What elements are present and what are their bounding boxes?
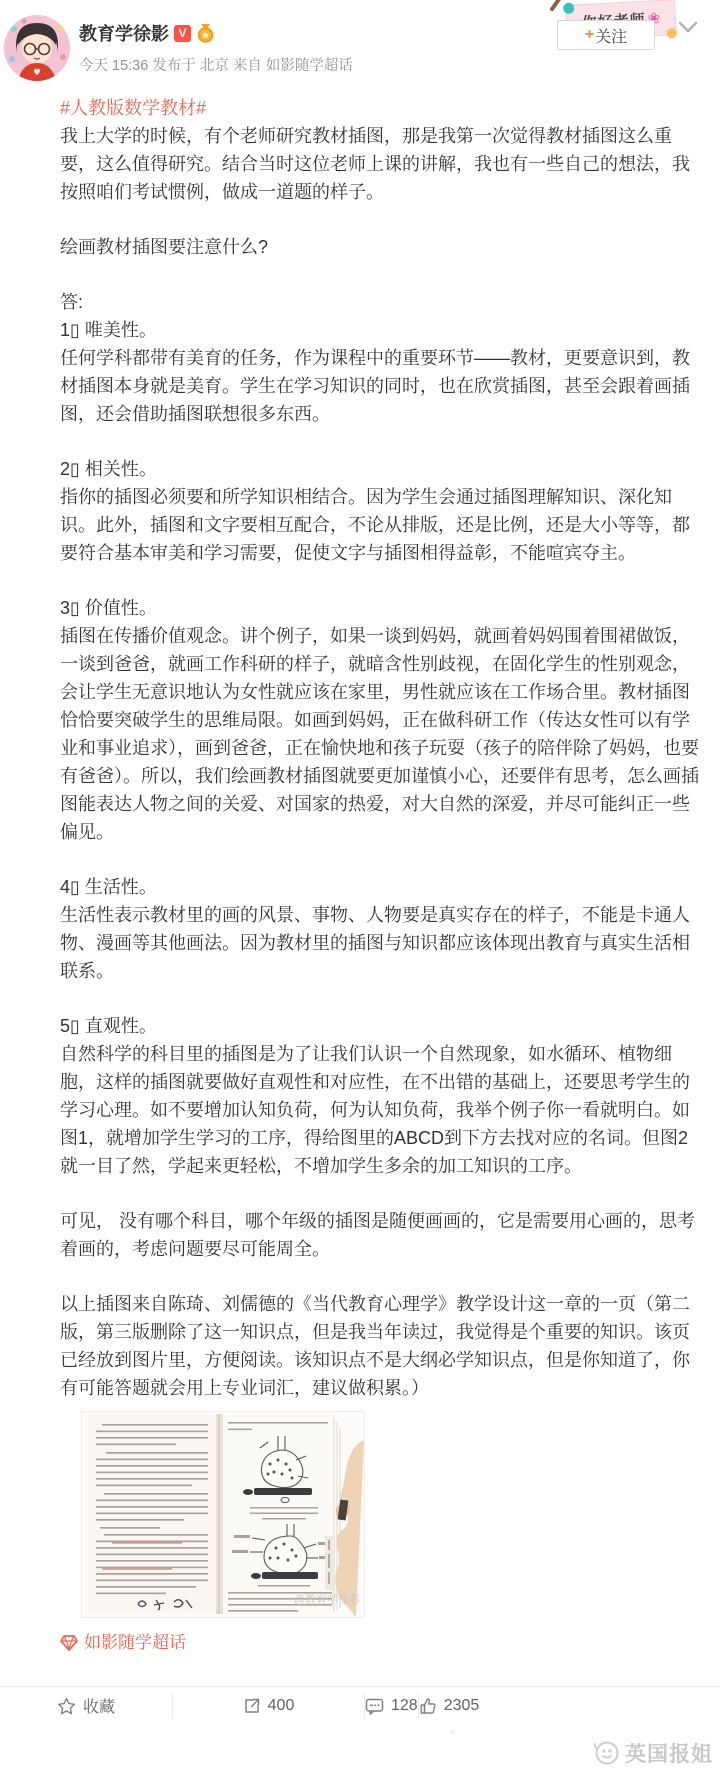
honor-medal-icon: [196, 24, 215, 43]
section-body: 指你的插图必须要和所学知识相结合。因为学生会通过插图理解知识、深化知识。此外，插…: [60, 483, 705, 567]
share-count: 400: [268, 1697, 295, 1715]
section-heading: 3▯ 价值性。: [60, 594, 705, 622]
section-body: 自然科学的科目里的插图是为了让我们认识一个自然现象，如水循环、植物细胞，这样的插…: [60, 1040, 705, 1180]
section-heading: 5▯ 直观性。: [60, 1012, 705, 1040]
comment-button[interactable]: 128: [365, 1687, 418, 1724]
username[interactable]: 教育学徐影: [79, 20, 169, 46]
dot-decor: [667, 28, 678, 39]
comments-caret-icon: ⌃: [448, 1729, 457, 1742]
section-body: 生活性表示教材里的画的风景、事物、人物要是真实存在的样子，不能是卡通人物、漫画等…: [60, 901, 705, 985]
comment-icon: [365, 1697, 384, 1715]
pin-stick: [549, 0, 563, 12]
topic-label: 如影随学超话: [84, 1629, 186, 1657]
star-icon: [57, 1697, 76, 1715]
intro-paragraph: 我上大学的时候，有个老师研究教材插图，那是我第一次觉得教材插图这么重要，这么值得…: [60, 122, 705, 206]
action-toolbar: 收藏 400 128 2305: [0, 1686, 720, 1724]
comment-count: 128: [391, 1697, 418, 1715]
topic-gem-icon: [60, 1635, 78, 1651]
section-2: 2▯ 相关性。 指你的插图必须要和所学知识相结合。因为学生会通过插图理解知识、深…: [60, 455, 705, 567]
photo-watermark: @教育学徐影: [294, 1586, 360, 1614]
avatar-illustration: [4, 15, 70, 81]
post-content: #人教版数学教材# 我上大学的时候，有个老师研究教材插图，那是我第一次觉得教材插…: [60, 94, 705, 1657]
super-topic-link[interactable]: 如影随学超话: [60, 1629, 705, 1657]
follow-label: 关注: [595, 24, 627, 47]
answer-label: 答:: [60, 288, 705, 316]
avatar[interactable]: [4, 15, 70, 81]
weibo-post-page: 教育学徐影 V 今天 15:36 发布于 北京 来自 如影随学超话 你好老师 ❀…: [0, 0, 720, 1776]
section-3: 3▯ 价值性。 插图在传播价值观念。讲个例子，如果一谈到妈妈，就画着妈妈围着围裙…: [60, 594, 705, 846]
section-heading: 4▯ 生活性。: [60, 873, 705, 901]
section-1: 1▯ 唯美性。 任何学科都带有美育的任务，作为课程中的重要环节——教材，更要意识…: [60, 316, 705, 428]
chevron-down-icon[interactable]: [678, 20, 698, 39]
favorite-button[interactable]: 收藏: [0, 1687, 172, 1724]
favorite-label: 收藏: [83, 1694, 115, 1717]
plus-icon: +: [585, 26, 594, 44]
thumbsup-icon: [419, 1697, 437, 1715]
post-meta-timestamp: 今天 15:36 发布于 北京 来自 如影随学超话: [79, 54, 353, 75]
like-button[interactable]: 2305: [419, 1687, 480, 1724]
follow-button[interactable]: + 关注: [557, 20, 655, 50]
attached-book-photo[interactable]: @教育学徐影: [82, 1412, 364, 1617]
question-line: 绘画教材插图要注意什么?: [60, 233, 705, 261]
section-heading: 2▯ 相关性。: [60, 455, 705, 483]
hashtag-link[interactable]: #人教版数学教材#: [60, 94, 705, 122]
like-count: 2305: [444, 1697, 480, 1715]
section-5: 5▯ 直观性。 自然科学的科目里的插图是为了让我们认识一个自然现象，如水循环、植…: [60, 1012, 705, 1180]
pushpin-icon: [563, 2, 575, 14]
share-button[interactable]: 400: [173, 1687, 364, 1724]
page-watermark: 英国报姐: [594, 1738, 713, 1768]
conclusion-paragraph: 可见， 没有哪个科目，哪个年级的插图是随便画画的，它是需要用心画的，思考着画的，…: [60, 1207, 705, 1263]
verified-badge: V: [174, 25, 191, 42]
share-icon: [243, 1697, 261, 1715]
watermark-text: 英国报姐: [625, 1738, 713, 1768]
section-body: 任何学科都带有美育的任务，作为课程中的重要环节——教材，更要意识到，教材插图本身…: [60, 344, 705, 428]
section-4: 4▯ 生活性。 生活性表示教材里的画的风景、事物、人物要是真实存在的样子，不能是…: [60, 873, 705, 985]
section-body: 插图在传播价值观念。讲个例子，如果一谈到妈妈，就画着妈妈围着围裙做饭，一谈到爸爸…: [60, 622, 705, 846]
section-heading: 1▯ 唯美性。: [60, 316, 705, 344]
postscript-paragraph: 以上插图来自陈琦、刘儒德的《当代教育心理学》教学设计这一章的一页（第二版，第三版…: [60, 1290, 705, 1402]
watermark-logo-icon: [594, 1740, 620, 1766]
